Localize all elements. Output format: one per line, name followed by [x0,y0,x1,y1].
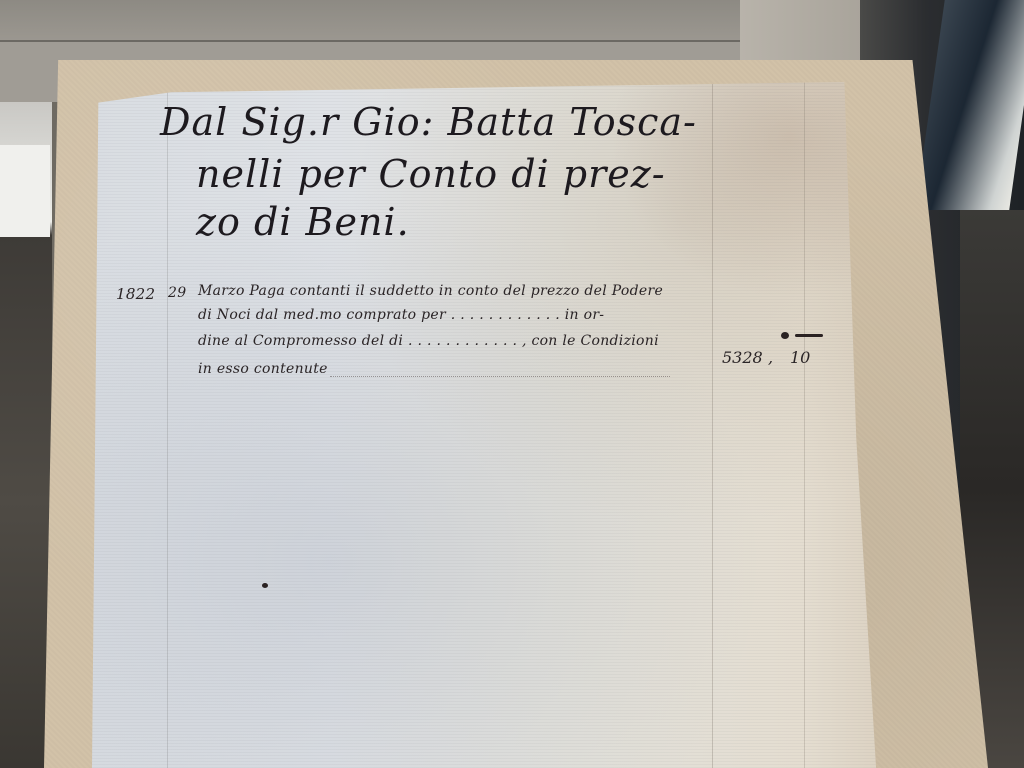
ink-blot [781,332,789,339]
entry-line-2: di Noci dal med.mo comprato per . . . . … [198,307,604,323]
entry-fill-rule [330,376,670,377]
amount-lire: 5328 [722,348,763,367]
entry-line-4: in esso contenute [198,361,328,377]
entry-year: 1822 [116,285,155,303]
entry-line-1: Marzo Paga contanti il suddetto in conto… [198,283,663,299]
entry-day: 29 [168,285,186,301]
amount-separator: , [768,348,773,367]
amount-soldi: 10 [790,348,810,367]
background-right-panel [740,0,870,62]
entry-line-3: dine al Compromesso del di . . . . . . .… [198,333,659,349]
background-left-white [0,145,50,237]
margin-line-left [167,82,168,768]
heading-line-1: Dal Sig.r Gio: Batta Tosca- [160,100,697,144]
heading-line-2: nelli per Conto di prez- [196,152,666,196]
ink-dash [795,334,823,337]
heading-line-3: zo di Beni. [196,200,410,244]
margin-line-amount-right [804,82,805,768]
ink-spot [262,583,268,588]
margin-line-amount-left [712,82,713,768]
background-seam [0,40,745,42]
